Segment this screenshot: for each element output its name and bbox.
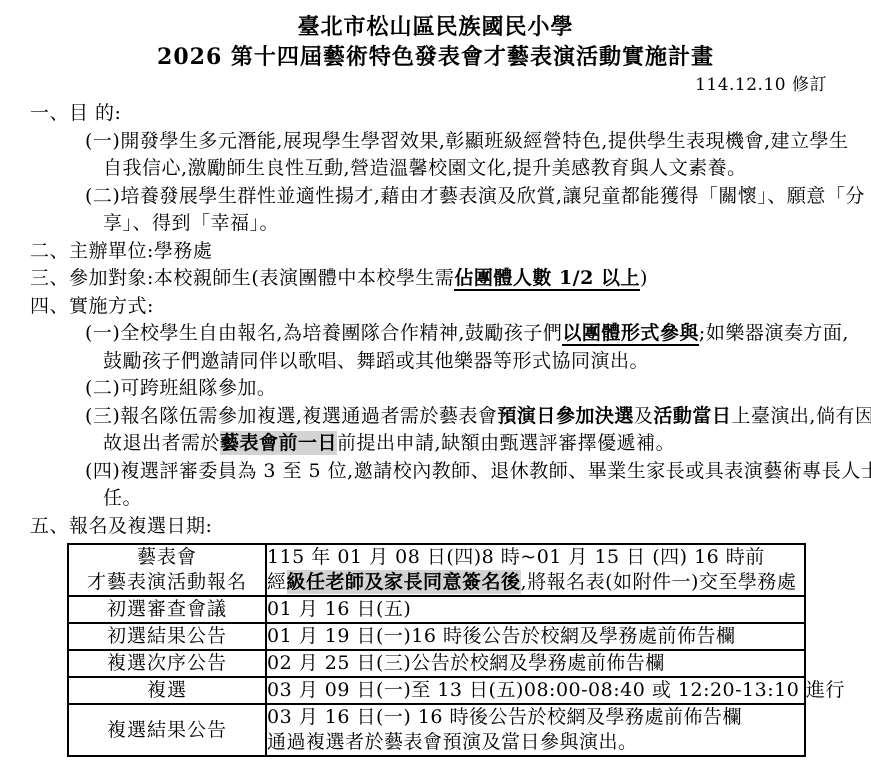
cell-line: 03 月 09 日(一)至 13 日(五)08:00-08:40 或 12:20… xyxy=(267,678,804,703)
schedule-content-cell: 01 月 19 日(一)16 時後公告於校網及學務處前佈告欄 xyxy=(266,623,805,650)
bold-text: 預演日參加決選 xyxy=(497,405,634,427)
text-segment: 初選審查會議 xyxy=(107,598,227,620)
cell-line: 才藝表演活動報名 xyxy=(69,570,265,595)
text-segment: ) xyxy=(640,267,648,289)
cell-line: 02 月 25 日(三)公告於校網及學務處前佈告欄 xyxy=(267,651,804,676)
schedule-label-cell: 初選結果公告 xyxy=(68,623,266,650)
text-segment: 上臺演出,倘有因 xyxy=(731,405,871,427)
document-page: 臺北市松山區民族國民小學 2026 第十四屆藝術特色發表會才藝表演活動實施計畫 … xyxy=(0,0,871,767)
method-item-3-line-1: (三)報名隊伍需參加複選,複選通過者需於藝表會預演日參加決選及活動當日上臺演出,… xyxy=(0,403,871,431)
schedule-table: 藝表會才藝表演活動報名 115 年 01 月 08 日(四)8 時~01 月 1… xyxy=(67,543,806,757)
document-title: 2026 第十四屆藝術特色發表會才藝表演活動實施計畫 xyxy=(0,42,871,72)
underlined-text: 佔團體人數 1/2 以上 xyxy=(454,267,640,291)
cell-line: 01 月 19 日(一)16 時後公告於校網及學務處前佈告欄 xyxy=(267,624,804,649)
text-segment: (一)全校學生自由報名,為培養團隊合作精神,鼓勵孩子們 xyxy=(85,322,562,344)
schedule-label-cell: 複選 xyxy=(68,677,266,704)
text-segment: 享」、得到「幸福」。 xyxy=(103,212,279,234)
text-segment: ;如樂器演奏方面, xyxy=(699,322,849,344)
text-segment: 03 月 16 日(一) 16 時後公告於校網及學務處前佈告欄 xyxy=(267,706,742,728)
table-row: 複選次序公告 02 月 25 日(三)公告於校網及學務處前佈告欄 xyxy=(68,650,805,677)
schedule-content-cell: 115 年 01 月 08 日(四)8 時~01 月 15 日 (四) 16 時… xyxy=(266,544,805,596)
text-segment: 二、主辦單位:學務處 xyxy=(30,240,212,262)
cell-line: 藝表會 xyxy=(69,545,265,570)
cell-line: 03 月 16 日(一) 16 時後公告於校網及學務處前佈告欄 xyxy=(267,705,804,730)
cell-line: 初選結果公告 xyxy=(69,624,265,649)
cell-line: 01 月 16 日(五) xyxy=(267,597,804,622)
cell-line: 經級任老師及家長同意簽名後,將報名表(如附件一)交至學務處 xyxy=(267,570,804,595)
section-organizer: 二、主辦單位:學務處 xyxy=(0,238,871,266)
text-segment: (四)複選評審委員為 3 至 5 位,邀請校內教師、退休教師、畢業生家長或具表演… xyxy=(85,460,871,482)
purpose-item-2-line-1: (二)培養發展學生群性並適性揚才,藉由才藝表演及欣賞,讓兒童都能獲得「關懷」、願… xyxy=(0,183,871,211)
section-purpose-heading: 一、目 的: xyxy=(0,100,871,128)
text-segment: 複選次序公告 xyxy=(107,652,227,674)
text-segment: 鼓勵孩子們邀請同伴以歌唱、舞蹈或其他樂器等形式協同演出。 xyxy=(103,350,649,372)
cell-line: 初選審查會議 xyxy=(69,597,265,622)
text-segment: 一、目 的: xyxy=(30,102,121,124)
text-segment: 四、實施方式: xyxy=(30,295,154,317)
text-segment: 經 xyxy=(267,571,287,593)
highlighted-text: 級任老師及家長同意簽名後 xyxy=(287,570,521,594)
schedule-label-cell: 初選審查會議 xyxy=(68,596,266,623)
table-row: 複選結果公告 03 月 16 日(一) 16 時後公告於校網及學務處前佈告欄通過… xyxy=(68,704,805,756)
text-segment: 複選 xyxy=(147,679,187,701)
text-segment: 03 月 09 日(一)至 13 日(五)08:00-08:40 或 12:20… xyxy=(267,679,845,701)
cell-line: 115 年 01 月 08 日(四)8 時~01 月 15 日 (四) 16 時… xyxy=(267,545,804,570)
cell-line: 通過複選者於藝表會預演及當日參與演出。 xyxy=(267,730,804,755)
text-segment: ,將報名表(如附件一)交至學務處 xyxy=(521,571,797,593)
text-segment: 複選結果公告 xyxy=(107,719,227,741)
text-segment: 藝表會 xyxy=(137,546,197,568)
title-block: 臺北市松山區民族國民小學 2026 第十四屆藝術特色發表會才藝表演活動實施計畫 xyxy=(0,0,871,72)
text-segment: (一)開發學生多元潛能,展現學生學習效果,彰顯班級經營特色,提供學生表現機會,建… xyxy=(85,130,849,152)
text-segment: 任。 xyxy=(103,487,142,509)
purpose-item-2-line-2: 享」、得到「幸福」。 xyxy=(0,210,871,238)
text-segment: 五、報名及複選日期: xyxy=(30,515,212,537)
schedule-content-cell: 03 月 16 日(一) 16 時後公告於校網及學務處前佈告欄通過複選者於藝表會… xyxy=(266,704,805,756)
schedule-content-cell: 01 月 16 日(五) xyxy=(266,596,805,623)
text-segment: 初選結果公告 xyxy=(107,625,227,647)
text-segment: 故退出者需於 xyxy=(103,432,220,454)
highlighted-text: 藝表會前一日 xyxy=(220,431,337,455)
bold-text: 活動當日 xyxy=(653,405,731,427)
text-segment: 前提出申請,缺額由甄選評審擇優遞補。 xyxy=(337,432,675,454)
section-method-heading: 四、實施方式: xyxy=(0,293,871,321)
text-segment: 01 月 19 日(一)16 時後公告於校網及學務處前佈告欄 xyxy=(267,625,736,647)
cell-line: 複選結果公告 xyxy=(69,718,265,743)
method-item-2: (二)可跨班組隊參加。 xyxy=(0,375,871,403)
section-participants: 三、參加對象:本校親師生(表演團體中本校學生需佔團體人數 1/2 以上) xyxy=(0,265,871,293)
section-schedule-heading: 五、報名及複選日期: xyxy=(0,513,871,541)
text-segment: 三、參加對象:本校親師生(表演團體中本校學生需 xyxy=(30,267,454,289)
underlined-text: 以團體形式參與 xyxy=(562,322,699,346)
cell-line: 複選 xyxy=(69,678,265,703)
schedule-label-cell: 複選結果公告 xyxy=(68,704,266,756)
table-row: 複選 03 月 09 日(一)至 13 日(五)08:00-08:40 或 12… xyxy=(68,677,805,704)
text-segment: 才藝表演活動報名 xyxy=(87,571,247,593)
text-segment: 及 xyxy=(634,405,654,427)
schedule-label-cell: 複選次序公告 xyxy=(68,650,266,677)
school-name: 臺北市松山區民族國民小學 xyxy=(0,12,871,42)
text-segment: 02 月 25 日(三)公告於校網及學務處前佈告欄 xyxy=(267,652,665,674)
text-segment: 自我信心,激勵師生良性互動,營造溫馨校園文化,提升美感教育與人文素養。 xyxy=(103,157,747,179)
text-segment: (三)報名隊伍需參加複選,複選通過者需於藝表會 xyxy=(85,405,497,427)
method-item-3-line-2: 故退出者需於藝表會前一日前提出申請,缺額由甄選評審擇優遞補。 xyxy=(0,430,871,458)
revision-date: 114.12.10 修訂 xyxy=(0,74,871,96)
method-item-1-line-2: 鼓勵孩子們邀請同伴以歌唱、舞蹈或其他樂器等形式協同演出。 xyxy=(0,348,871,376)
schedule-label-cell: 藝表會才藝表演活動報名 xyxy=(68,544,266,596)
method-item-4-line-1: (四)複選評審委員為 3 至 5 位,邀請校內教師、退休教師、畢業生家長或具表演… xyxy=(0,458,871,486)
method-item-1-line-1: (一)全校學生自由報名,為培養團隊合作精神,鼓勵孩子們以團體形式參與;如樂器演奏… xyxy=(0,320,871,348)
text-segment: (二)可跨班組隊參加。 xyxy=(85,377,276,399)
text-segment: (二)培養發展學生群性並適性揚才,藉由才藝表演及欣賞,讓兒童都能獲得「關懷」、願… xyxy=(85,185,865,207)
text-segment: 115 年 01 月 08 日(四)8 時~01 月 15 日 (四) 16 時… xyxy=(267,546,765,568)
table-row: 藝表會才藝表演活動報名 115 年 01 月 08 日(四)8 時~01 月 1… xyxy=(68,544,805,596)
document-body: 一、目 的: (一)開發學生多元潛能,展現學生學習效果,彰顯班級經營特色,提供學… xyxy=(0,100,871,540)
text-segment: 01 月 16 日(五) xyxy=(267,598,411,620)
purpose-item-1-line-2: 自我信心,激勵師生良性互動,營造溫馨校園文化,提升美感教育與人文素養。 xyxy=(0,155,871,183)
method-item-4-line-2: 任。 xyxy=(0,485,871,513)
table-row: 初選審查會議 01 月 16 日(五) xyxy=(68,596,805,623)
text-segment: 通過複選者於藝表會預演及當日參與演出。 xyxy=(267,731,638,753)
table-row: 初選結果公告 01 月 19 日(一)16 時後公告於校網及學務處前佈告欄 xyxy=(68,623,805,650)
schedule-content-cell: 03 月 09 日(一)至 13 日(五)08:00-08:40 或 12:20… xyxy=(266,677,805,704)
schedule-content-cell: 02 月 25 日(三)公告於校網及學務處前佈告欄 xyxy=(266,650,805,677)
cell-line: 複選次序公告 xyxy=(69,651,265,676)
purpose-item-1-line-1: (一)開發學生多元潛能,展現學生學習效果,彰顯班級經營特色,提供學生表現機會,建… xyxy=(0,128,871,156)
